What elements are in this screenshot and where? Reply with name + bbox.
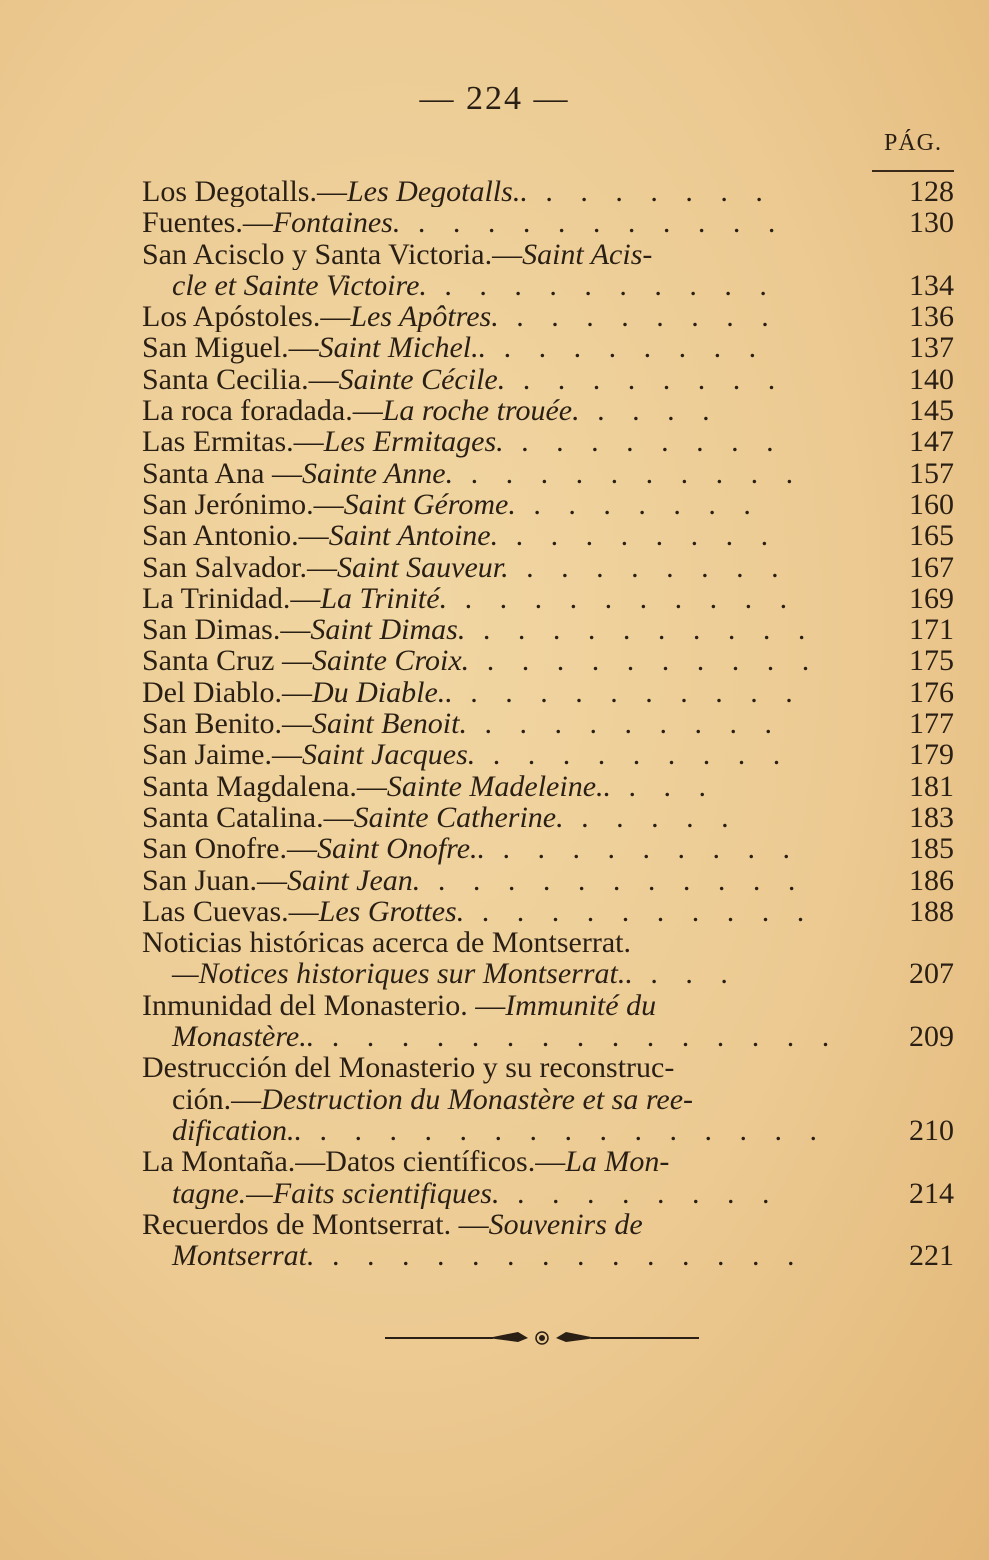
french-title: Immunité du — [505, 990, 656, 1021]
toc-entry: La roca foradada.—La roche trouée. . . .… — [142, 395, 954, 426]
spanish-title: San Jerónimo.— — [142, 489, 344, 520]
toc-entry-line: tagne.—Faits scientifiques. . . . . . . … — [142, 1178, 859, 1209]
toc-entry: San Dimas.—Saint Dimas. . . . . . . . . … — [142, 614, 954, 645]
spanish-title: San Antonio.— — [142, 520, 329, 551]
french-title: Saint Michel.. — [319, 332, 486, 363]
toc-entry: Santa Ana —Sainte Anne. . . . . . . . . … — [142, 458, 954, 489]
toc-entry-line: San Benito.—Saint Benoit. . . . . . . . … — [142, 708, 859, 739]
page-reference: 183 — [859, 802, 954, 833]
toc-entry: Del Diablo.—Du Diable.. . . . . . . . . … — [142, 677, 954, 708]
toc-entry-line: La roca foradada.—La roche trouée. . . .… — [142, 395, 859, 426]
leader-dots: . . . . . . . . . . — [427, 270, 777, 301]
french-title: Saint Onofre.. — [317, 833, 485, 864]
page-number: — 224 — — [0, 80, 989, 118]
toc-entry-line: Santa Magdalena.—Sainte Madeleine.. . . … — [142, 771, 859, 802]
spanish-title: San Juan.— — [142, 865, 287, 896]
page-reference: 185 — [859, 833, 954, 864]
spanish-title: Santa Ana — — [142, 458, 302, 489]
spanish-title: Fuentes.— — [142, 207, 273, 238]
toc-entry-line: La Montaña.—Datos científicos.—La Mon- — [142, 1146, 859, 1177]
leader-dots: . . . . . . . . — [499, 1178, 779, 1209]
spanish-title: San Benito.— — [142, 708, 312, 739]
toc-entry: Las Ermitas.—Les Ermitages. . . . . . . … — [142, 426, 954, 457]
toc-entry: Recuerdos de Montserrat. —Souvenirs deMo… — [142, 1209, 954, 1272]
spanish-title: San Onofre.— — [142, 833, 317, 864]
french-title: Les Ermitages. — [324, 426, 504, 457]
toc-entry: San Acisclo y Santa Victoria.—Saint Acis… — [142, 239, 954, 302]
toc-entry: Inmunidad del Monasterio. —Immunité duMo… — [142, 990, 954, 1053]
leader-dots: . . . . . . . — [516, 489, 761, 520]
spanish-title: Los Degotalls.— — [142, 176, 347, 207]
french-title: Les Apôtres. — [350, 301, 498, 332]
toc-entry-line: Las Cuevas.—Les Grottes. . . . . . . . .… — [142, 896, 859, 927]
toc-entry-line: Recuerdos de Montserrat. —Souvenirs de — [142, 1209, 859, 1240]
page-reference: 221 — [859, 1240, 954, 1271]
leader-dots: . . . . . . . . — [505, 364, 785, 395]
page-reference: 136 — [859, 301, 954, 332]
page-column-header: PÁG. — [872, 130, 954, 157]
leader-dots: . . . . . . . . . — [485, 833, 800, 864]
page-reference: 167 — [859, 552, 954, 583]
toc-entry-line: San Miguel.—Saint Michel.. . . . . . . .… — [142, 332, 859, 363]
toc-entry: Santa Magdalena.—Sainte Madeleine.. . . … — [142, 771, 954, 802]
page-reference: 207 — [859, 958, 954, 989]
leader-dots: . . . . . . . . . . — [469, 645, 819, 676]
page-reference: 179 — [859, 739, 954, 770]
french-title: Monastère.. — [172, 1021, 314, 1052]
leader-dots: . . . . . . . . — [504, 426, 784, 457]
leader-dots: . . . . . . . . . . — [453, 677, 803, 708]
toc-entry-line: Los Degotalls.—Les Degotalls.. . . . . .… — [142, 176, 859, 207]
spanish-title: San Jaime.— — [142, 739, 302, 770]
page-reference: 128 — [859, 176, 954, 207]
french-title: Les Degotalls.. — [347, 176, 528, 207]
toc-entry-line: cle et Sainte Victoire. . . . . . . . . … — [142, 270, 859, 301]
french-title: Sainte Anne. — [302, 458, 453, 489]
leader-dots: . . . . . . . . — [486, 332, 766, 363]
spanish-title: San Dimas.— — [142, 614, 310, 645]
page-reference: 130 — [859, 207, 954, 238]
leader-dots: . . . . . . . . . — [467, 708, 782, 739]
leader-dots: . . . . . . . . . . . . . . . — [302, 1115, 827, 1146]
leader-dots: . . . . . . . . . . . — [420, 865, 805, 896]
decorative-rule-ornament-icon — [383, 1326, 701, 1350]
french-title: cle et Sainte Victoire. — [172, 270, 427, 301]
toc-entry: San Benito.—Saint Benoit. . . . . . . . … — [142, 708, 954, 739]
spanish-title: Santa Magdalena.— — [142, 771, 387, 802]
french-title: tagne.—Faits scientifiques. — [172, 1178, 499, 1209]
page-reference: 210 — [859, 1115, 954, 1146]
toc-entry-line: San Onofre.—Saint Onofre.. . . . . . . .… — [142, 833, 859, 864]
spanish-title: La Trinidad.— — [142, 583, 320, 614]
page-reference: 214 — [859, 1178, 954, 1209]
toc-entry: San Jaime.—Saint Jacques. . . . . . . . … — [142, 739, 954, 770]
toc-entry-line: Destrucción del Monasterio y su reconstr… — [142, 1052, 859, 1083]
toc-entry-line: Montserrat. . . . . . . . . . . . . . . — [142, 1240, 859, 1271]
french-title: Saint Benoit. — [312, 708, 467, 739]
toc-entry-line: Los Apóstoles.—Les Apôtres. . . . . . . … — [142, 301, 859, 332]
french-title: Saint Dimas. — [310, 614, 465, 645]
table-of-contents: Los Degotalls.—Les Degotalls.. . . . . .… — [142, 176, 954, 1271]
page-reference: 157 — [859, 458, 954, 489]
spanish-title: Inmunidad del Monasterio. — — [142, 990, 505, 1021]
toc-entry: San Antonio.—Saint Antoine. . . . . . . … — [142, 520, 954, 551]
leader-dots: . . . . . . . . . . . — [400, 207, 785, 238]
page-reference: 145 — [859, 395, 954, 426]
header-rule — [872, 170, 954, 172]
spanish-title: Santa Cruz — — [142, 645, 312, 676]
spanish-title: San Acisclo y Santa Victoria.— — [142, 239, 522, 270]
leader-dots: . . . . . . . . — [498, 520, 778, 551]
page-reference: 137 — [859, 332, 954, 363]
french-title: dification.. — [172, 1115, 302, 1146]
spanish-title: Santa Cecilia.— — [142, 364, 339, 395]
toc-entry-line: —Notices historiques sur Montserrat.. . … — [142, 958, 859, 989]
page-reference: 171 — [859, 614, 954, 645]
toc-entry-line: Las Ermitas.—Les Ermitages. . . . . . . … — [142, 426, 859, 457]
spanish-title: Santa Catalina.— — [142, 802, 354, 833]
toc-entry: San Jerónimo.—Saint Gérome. . . . . . . … — [142, 489, 954, 520]
french-title: Saint Antoine. — [329, 520, 498, 551]
page-reference: 165 — [859, 520, 954, 551]
toc-entry-line: San Jaime.—Saint Jacques. . . . . . . . … — [142, 739, 859, 770]
french-title: Saint Jean. — [287, 865, 420, 896]
french-title: Sainte Croix. — [312, 645, 469, 676]
french-title: Sainte Catherine. — [354, 802, 564, 833]
french-title: Du Diable.. — [312, 677, 453, 708]
toc-entry: Noticias históricas acerca de Montserrat… — [142, 927, 954, 990]
spanish-title: Las Cuevas.— — [142, 896, 319, 927]
toc-entry: San Juan.—Saint Jean. . . . . . . . . . … — [142, 865, 954, 896]
french-title: La Trinité. — [320, 583, 447, 614]
french-title: Saint Gérome. — [344, 489, 516, 520]
leader-dots: . . . . . . . . — [509, 552, 789, 583]
french-title: —Notices historiques sur Montserrat.. — [172, 958, 633, 989]
leader-dots: . . . . . . . . . . . . . . . — [314, 1021, 839, 1052]
page-reference: 140 — [859, 364, 954, 395]
spanish-title: ción.— — [172, 1084, 261, 1115]
french-title: La Mon- — [565, 1146, 669, 1177]
leader-dots: . . . — [633, 958, 738, 989]
toc-entry: Fuentes.—Fontaines. . . . . . . . . . . … — [142, 207, 954, 238]
french-title: Sainte Madeleine.. — [387, 771, 611, 802]
spanish-title: La roca foradada.— — [142, 395, 383, 426]
spanish-title: Destrucción del Monasterio y su reconstr… — [142, 1052, 674, 1083]
spanish-title: San Miguel.— — [142, 332, 319, 363]
french-title: Souvenirs de — [489, 1209, 643, 1240]
leader-dots: . . . . . . . . . . . . . . — [315, 1240, 805, 1271]
leader-dots: . . . . — [580, 395, 720, 426]
leader-dots: . . . — [611, 771, 716, 802]
toc-entry: San Onofre.—Saint Onofre.. . . . . . . .… — [142, 833, 954, 864]
page-reference: 186 — [859, 865, 954, 896]
spanish-title: Noticias históricas acerca de Montserrat… — [142, 927, 631, 958]
page-reference: 176 — [859, 677, 954, 708]
leader-dots: . . . . . . . . . . — [465, 614, 815, 645]
leader-dots: . . . . . . . . . . — [453, 458, 803, 489]
page-reference: 169 — [859, 583, 954, 614]
leader-dots: . . . . . . . . . . — [447, 583, 797, 614]
spanish-title: Del Diablo.— — [142, 677, 312, 708]
toc-entry-line: San Dimas.—Saint Dimas. . . . . . . . . … — [142, 614, 859, 645]
toc-entry-line: San Jerónimo.—Saint Gérome. . . . . . . … — [142, 489, 859, 520]
french-title: La roche trouée. — [383, 395, 580, 426]
toc-entry-line: Inmunidad del Monasterio. —Immunité du — [142, 990, 859, 1021]
toc-entry: Los Degotalls.—Les Degotalls.. . . . . .… — [142, 176, 954, 207]
french-title: Fontaines. — [273, 207, 401, 238]
french-title: Les Grottes. — [319, 896, 465, 927]
toc-entry-line: Fuentes.—Fontaines. . . . . . . . . . . … — [142, 207, 859, 238]
page-reference: 175 — [859, 645, 954, 676]
toc-entry: La Trinidad.—La Trinité. . . . . . . . .… — [142, 583, 954, 614]
toc-entry-line: dification.. . . . . . . . . . . . . . .… — [142, 1115, 859, 1146]
toc-entry-line: Santa Cecilia.—Sainte Cécile. . . . . . … — [142, 364, 859, 395]
toc-entry-line: San Acisclo y Santa Victoria.—Saint Acis… — [142, 239, 859, 270]
toc-entry-line: Monastère.. . . . . . . . . . . . . . . … — [142, 1021, 859, 1052]
french-title: Montserrat. — [172, 1240, 315, 1271]
toc-entry: Santa Cecilia.—Sainte Cécile. . . . . . … — [142, 364, 954, 395]
french-title: Sainte Cécile. — [339, 364, 506, 395]
toc-entry-line: San Antonio.—Saint Antoine. . . . . . . … — [142, 520, 859, 551]
french-title: Destruction du Monastère et sa ree- — [261, 1084, 693, 1115]
french-title: Saint Jacques. — [302, 739, 475, 770]
toc-entry-line: Del Diablo.—Du Diable.. . . . . . . . . … — [142, 677, 859, 708]
page-reference: 181 — [859, 771, 954, 802]
page-reference: 147 — [859, 426, 954, 457]
spanish-title: La Montaña.—Datos científicos.— — [142, 1146, 565, 1177]
page-reference: 188 — [859, 896, 954, 927]
spanish-title: San Salvador.— — [142, 552, 337, 583]
toc-entry-line: Noticias históricas acerca de Montserrat… — [142, 927, 859, 958]
toc-entry: Santa Cruz —Sainte Croix. . . . . . . . … — [142, 645, 954, 676]
toc-entry: Las Cuevas.—Les Grottes. . . . . . . . .… — [142, 896, 954, 927]
spanish-title: Los Apóstoles.— — [142, 301, 350, 332]
page-reference: 177 — [859, 708, 954, 739]
leader-dots: . . . . . . . . . — [475, 739, 790, 770]
page-reference: 209 — [859, 1021, 954, 1052]
page-reference: 160 — [859, 489, 954, 520]
toc-entry: Santa Catalina.—Sainte Catherine. . . . … — [142, 802, 954, 833]
spanish-title: Recuerdos de Montserrat. — — [142, 1209, 489, 1240]
toc-entry-line: Santa Cruz —Sainte Croix. . . . . . . . … — [142, 645, 859, 676]
toc-entry-line: ción.—Destruction du Monastère et sa ree… — [142, 1084, 859, 1115]
page-reference: 134 — [859, 270, 954, 301]
spanish-title: Las Ermitas.— — [142, 426, 324, 457]
french-title: Saint Sauveur. — [337, 552, 509, 583]
leader-dots: . . . . . — [564, 802, 739, 833]
toc-entry-line: La Trinidad.—La Trinité. . . . . . . . .… — [142, 583, 859, 614]
toc-entry-line: Santa Catalina.—Sainte Catherine. . . . … — [142, 802, 859, 833]
toc-entry: Destrucción del Monasterio y su reconstr… — [142, 1052, 954, 1146]
toc-entry: Los Apóstoles.—Les Apôtres. . . . . . . … — [142, 301, 954, 332]
toc-entry: San Salvador.—Saint Sauveur. . . . . . .… — [142, 552, 954, 583]
leader-dots: . . . . . . . — [528, 176, 773, 207]
french-title: Saint Acis- — [522, 239, 652, 270]
toc-entry-line: San Salvador.—Saint Sauveur. . . . . . .… — [142, 552, 859, 583]
leader-dots: . . . . . . . . — [499, 301, 779, 332]
leader-dots: . . . . . . . . . . — [464, 896, 814, 927]
toc-entry: San Miguel.—Saint Michel.. . . . . . . .… — [142, 332, 954, 363]
toc-entry-line: San Juan.—Saint Jean. . . . . . . . . . … — [142, 865, 859, 896]
toc-entry-line: Santa Ana —Sainte Anne. . . . . . . . . … — [142, 458, 859, 489]
toc-entry: La Montaña.—Datos científicos.—La Mon-ta… — [142, 1146, 954, 1209]
